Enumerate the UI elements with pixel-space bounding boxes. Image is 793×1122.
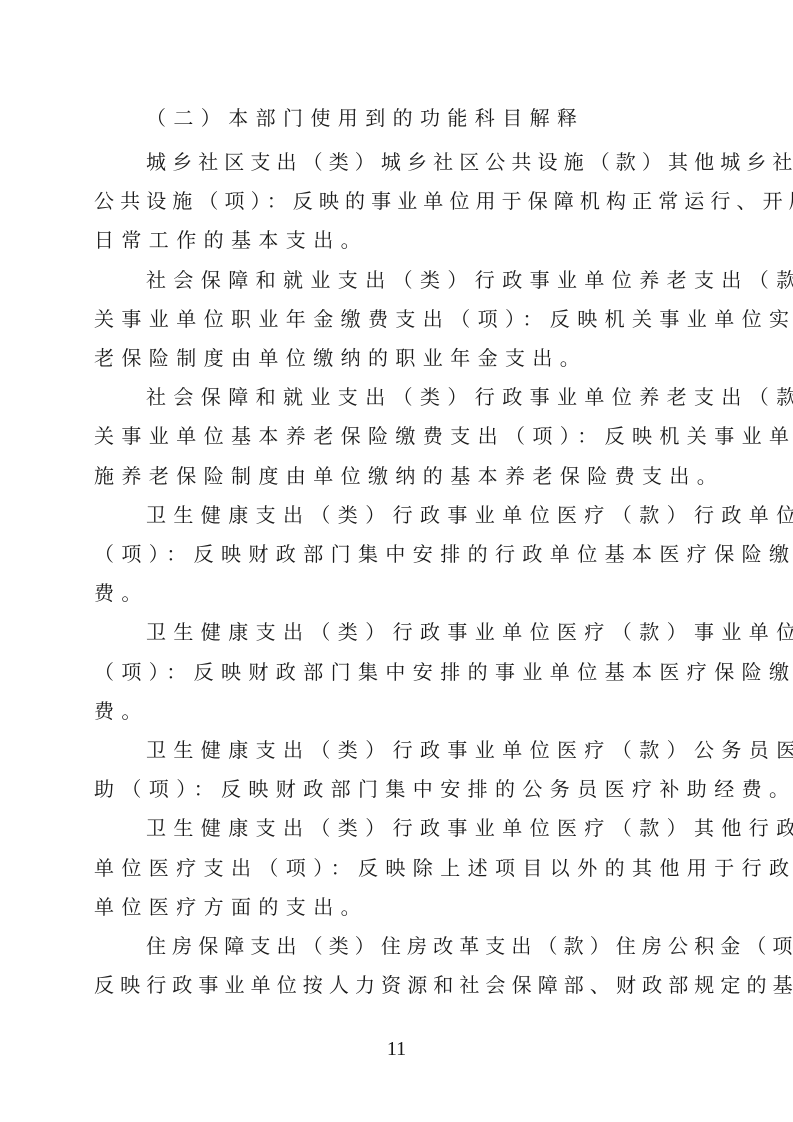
paragraph-1-line-1: 城乡社区支出（类）城乡社区公共设施（款）其他城乡社区: [146, 148, 766, 176]
paragraph-3-line-2: 关事业单位基本养老保险缴费支出（项）：反映机关事业单位实: [94, 422, 714, 450]
paragraph-3-line-1: 社会保障和就业支出（类）行政事业单位养老支出（款）机: [146, 383, 766, 411]
paragraph-3-line-3: 施养老保险制度由单位缴纳的基本养老保险费支出。: [94, 462, 714, 490]
paragraph-2-line-3: 老保险制度由单位缴纳的职业年金支出。: [94, 344, 714, 372]
paragraph-8-line-1: 住房保障支出（类）住房改革支出（款）住房公积金（项）：: [146, 932, 766, 960]
paragraph-2-line-2: 关事业单位职业年金缴费支出（项）：反映机关事业单位实施养: [94, 305, 714, 333]
paragraph-4-line-1: 卫生健康支出（类）行政事业单位医疗（款）行政单位医疗: [146, 501, 766, 529]
paragraph-7-line-1: 卫生健康支出（类）行政事业单位医疗（款）其他行政事业: [146, 814, 766, 842]
paragraph-1-line-2: 公共设施（项）：反映的事业单位用于保障机构正常运行、开展: [94, 187, 714, 215]
paragraph-8-line-2: 反映行政事业单位按人力资源和社会保障部、财政部规定的基本: [94, 971, 714, 999]
paragraph-7-line-2: 单位医疗支出（项）：反映除上述项目以外的其他用于行政事业: [94, 854, 714, 882]
page-number: 11: [0, 1038, 793, 1061]
paragraph-5-line-1: 卫生健康支出（类）行政事业单位医疗（款）事业单位医疗: [146, 618, 766, 646]
paragraph-2-line-1: 社会保障和就业支出（类）行政事业单位养老支出（款）机: [146, 266, 766, 294]
paragraph-7-line-3: 单位医疗方面的支出。: [94, 893, 714, 921]
paragraph-4-line-2: （项）：反映财政部门集中安排的行政单位基本医疗保险缴费经: [94, 540, 714, 568]
paragraph-4-line-3: 费。: [94, 579, 714, 607]
paragraph-6-line-1: 卫生健康支出（类）行政事业单位医疗（款）公务员医疗补: [146, 736, 766, 764]
paragraph-5-line-2: （项）：反映财政部门集中安排的事业单位基本医疗保险缴费经: [94, 658, 714, 686]
document-page: （二）本部门使用到的功能科目解释 城乡社区支出（类）城乡社区公共设施（款）其他城…: [0, 0, 793, 1122]
paragraph-1-line-3: 日常工作的基本支出。: [94, 226, 714, 254]
section-heading: （二）本部门使用到的功能科目解释: [146, 104, 766, 132]
paragraph-5-line-3: 费。: [94, 697, 714, 725]
paragraph-6-line-2: 助（项）：反映财政部门集中安排的公务员医疗补助经费。: [94, 775, 714, 803]
